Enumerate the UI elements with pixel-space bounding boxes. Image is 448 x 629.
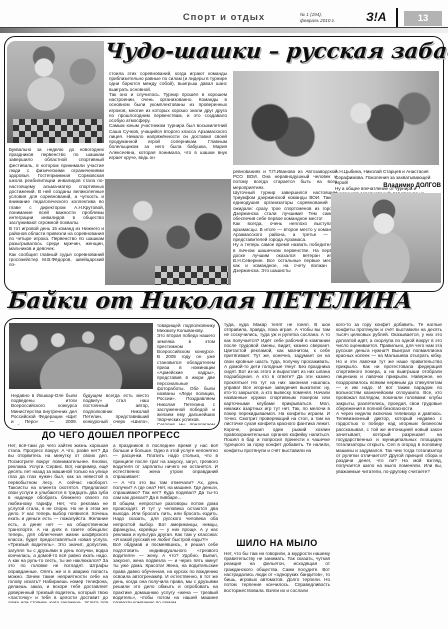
petelin-story-col2: а праздников в последнее время у нас всё… (113, 443, 218, 603)
photo-award-ceremony-group (9, 323, 153, 389)
article-checkers-byline: Владимир ДОЛГОВ (335, 183, 441, 189)
article-checkers-col3: ревнованиях и Т.П.Иванова из Автозаводск… (233, 169, 337, 285)
article-checkers-title: Чудо-шашки – русская забава (104, 38, 440, 63)
issue-date: февраль 2010 г. (300, 18, 335, 23)
petelin-caption-right: будущем всегда есть место подвигу» стал … (83, 393, 149, 425)
petelin-story-col4: кого-то за гору конфет добавить. Те нагл… (336, 322, 442, 603)
newspaper-page: Спорт и отдых № 1 (194), февраль 2010 г.… (0, 0, 448, 629)
checkerboard-graphic (155, 266, 228, 285)
article-checkers-col1: Буквально за неделю до новогодних праздн… (9, 147, 104, 285)
petelin-caption-left: Недавно в Йошкар-Оле были подведены итог… (11, 393, 77, 425)
article-checkers-col2: стоила этих соревнований, когда играют к… (109, 71, 227, 175)
photo-players-at-table (233, 71, 439, 165)
issue-info: № 1 (194), февраль 2010 г. (300, 12, 362, 23)
issue-number: № 1 (194), (300, 12, 322, 17)
header-rule (0, 27, 448, 33)
subheading-shilo: ШИЛО НА МЫЛО (224, 538, 330, 548)
section-title: Спорт и отдых (124, 12, 324, 23)
photo-woman-with-phone (331, 193, 441, 283)
checkerboard-graphic (13, 119, 102, 143)
photo-tournament-hall (105, 179, 231, 285)
article-checkers: Чудо-шашки – русская забава Буквально за… (4, 36, 444, 292)
subheading-progress: ДО ЧЕГО ДОШЕЛ ПРОГРЕСС (8, 430, 214, 440)
petelin-story-col1: Нет, всё-таки до чего хайтек жизнь хорош… (8, 443, 108, 603)
page-number: 13 (404, 11, 442, 26)
petelin-intro-col: товарищей подполковнику Михаилу Колывано… (157, 323, 215, 425)
photo-boy-playing-checkers (7, 41, 104, 143)
petelin-story-col3-bottom: Нет, что бы там ни говорили, а мудрости … (224, 551, 330, 603)
petelin-story-col3-top: туда, куда Макар телят не гонял. В шок о… (224, 322, 330, 534)
petelin-intro-box: Недавно в Йошкар-Оле были подведены итог… (4, 318, 220, 430)
article-petelin-title: Байки от Николая ПЕТЕЛИНА (7, 288, 327, 314)
newspaper-logo: З!А (366, 10, 386, 24)
